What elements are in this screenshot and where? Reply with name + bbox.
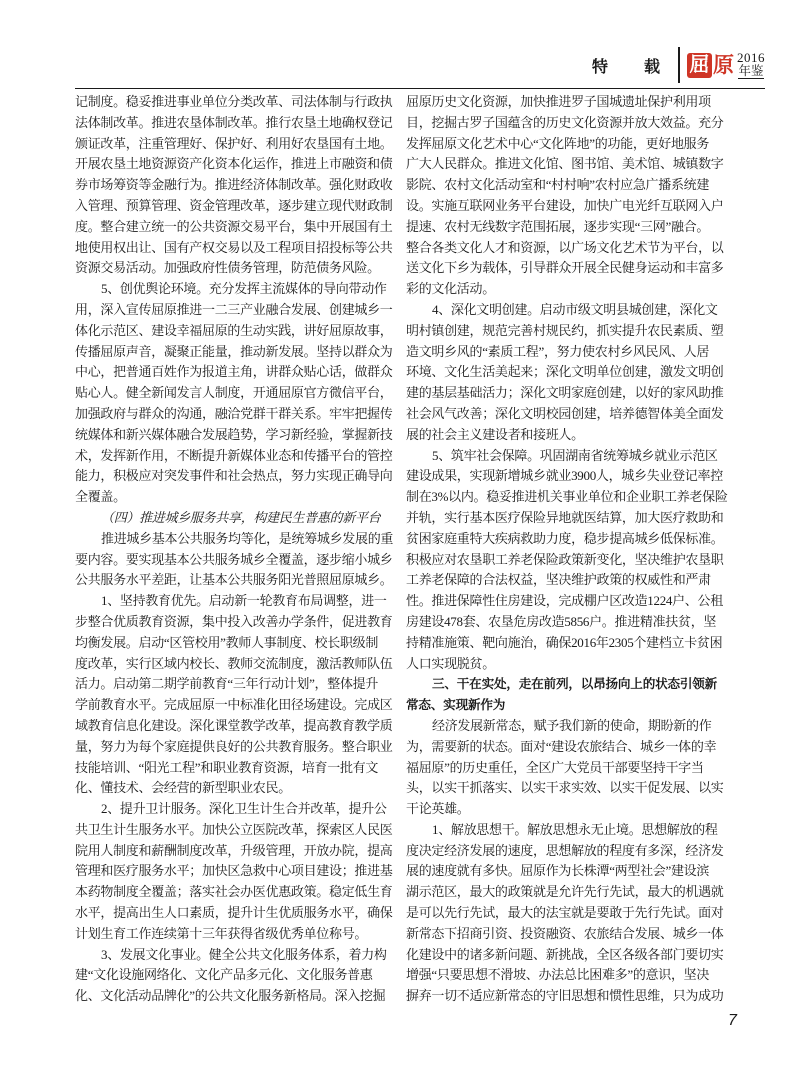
text-line: 发挥屈原文化艺术中心“文化阵地”的功能，更好地服务: [406, 134, 718, 155]
text-line: 并轨，实行基本医疗保险异地就医结算，加大医疗救助和: [406, 508, 718, 529]
text-line: 制在3%以内。稳妥推进机关事业单位和企业职工养老保险: [406, 487, 718, 508]
text-line: 1、解放思想干。解放思想永无止境。思想解放的程: [406, 820, 718, 841]
yearbook-logo: 屈 原 2016 年鉴: [687, 51, 765, 80]
text-line: 造文明乡风的“素质工程”，努力使农村乡风民风、人居: [406, 342, 718, 363]
text-line: 资源交易活动。加强政府性债务管理，防范债务风险。: [75, 258, 387, 279]
text-line: 记制度。稳妥推进事业单位分类改革、司法体制与行政执: [75, 92, 387, 113]
text-line: 工养老保障的合法权益，坚决维护政策的权威性和严肃: [406, 570, 718, 591]
text-line: 本药物制度全覆盖；落实社会办医优惠政策。稳定低生育: [75, 882, 387, 903]
text-line: 加强政府与群众的沟通，融洽党群干群关系。牢牢把握传: [75, 404, 387, 425]
text-line: 常态、实现新作为: [406, 695, 718, 716]
logo-block-char: 屈: [687, 53, 712, 78]
text-line: 化、懂技术、会经营的新型职业农民。: [75, 778, 387, 799]
text-line: 活力。启动第二期学前教育“三年行动计划”，整体提升: [75, 674, 387, 695]
text-line: 2、提升卫计服务。深化卫生计生合并改革，提升公: [75, 799, 387, 820]
text-line: 增强“只要思想不滑坡、办法总比困难多”的意识，坚决: [406, 965, 718, 986]
logo-year-title: 2016 年鉴: [737, 51, 765, 80]
text-line: 经济发展新常态，赋予我们新的使命，期盼新的作: [406, 716, 718, 737]
text-line: 展的社会主义建设者和接班人。: [406, 425, 718, 446]
text-line: 展的速度就有多快。屈原作为长株潭“两型社会”建设滨: [406, 861, 718, 882]
text-line: 域教育信息化建设。深化课堂教学改革，提高教育教学质: [75, 716, 387, 737]
text-line: 中心，把普通百姓作为报道主角，讲群众贴心话，做群众: [75, 362, 387, 383]
text-line: 均衡发展。启动“区管校用”教师人事制度、校长职级制: [75, 633, 387, 654]
text-line: 度。整合建立统一的公共资源交易平台，集中开展国有土: [75, 217, 387, 238]
text-line: 彩的文化活动。: [406, 279, 718, 300]
text-line: 送文化下乡为载体，引导群众开展全民健身运动和丰富多: [406, 258, 718, 279]
text-line: 度改革，实行区域内校长、教师交流制度，激活教师队伍: [75, 654, 387, 675]
text-line: 干论英雄。: [406, 799, 718, 820]
text-line: 建“文化设施网络化、文化产品多元化、文化服务普惠: [75, 965, 387, 986]
section-title: 特 载: [592, 54, 676, 77]
text-line: 建设成果，实现新增城乡就业3900人，城乡失业登记率控: [406, 466, 718, 487]
text-line: 开展农垦土地资源资产化资本化运作，推进上市融资和债: [75, 154, 387, 175]
text-line: 传播屈原声音，凝聚正能量，推动新发展。坚持以群众为: [75, 342, 387, 363]
text-line: 社会风气改善；深化文明校园创建，培养德智体美全面发: [406, 404, 718, 425]
text-line: 新常态下招商引资、投资融资、农旅结合发展、城乡一体: [406, 924, 718, 945]
text-line: 性。推进保障性住房建设，完成棚户区改造1224户、公租: [406, 591, 718, 612]
text-line: 5、筑牢社会保障。巩固湖南省统筹城乡就业示范区: [406, 446, 718, 467]
text-line: 券市场筹资等金融行为。推进经济体制改革。强化财政收: [75, 175, 387, 196]
text-line: 广大人民群众。推进文化馆、图书馆、美术馆、城镇数字: [406, 154, 718, 175]
text-line: 人口实现脱贫。: [406, 654, 718, 675]
yearbook-page: 特 载 屈 原 2016 年鉴 记制度。稳妥推进事业单位分类改革、司法体制与行政…: [0, 0, 793, 1077]
text-line: 整合各类文化人才和资源，以广场文化艺术节为平台，以: [406, 238, 718, 259]
text-line: （四）推进城乡服务共享，构建民生普惠的新平台: [75, 508, 387, 529]
text-line: 学前教育水平。完成屈原一中标准化田径场建设。完成区: [75, 695, 387, 716]
text-line: 提速、农村无线数字范围拓展，逐步实现“三网”融合。: [406, 217, 718, 238]
header-rule: [75, 88, 765, 89]
text-line: 水平，提高出生人口素质，提升计生优质服务水平，确保: [75, 903, 387, 924]
text-line: 5、创优舆论环境。充分发挥主流媒体的导向带动作: [75, 279, 387, 300]
text-line: 入管理、预算管理、资金管理改革，逐步建立现代财政制: [75, 196, 387, 217]
text-column-right: 屈原历史文化资源，加快推进罗子国城遗址保护利用项目，挖掘古罗子国蕴含的历史文化资…: [406, 92, 718, 1007]
text-line: 公共服务水平差距，让基本公共服务阳光普照屈原城乡。: [75, 570, 387, 591]
text-line: 术，发挥新作用，不断提升新媒体业态和传播平台的管控: [75, 446, 387, 467]
text-line: 环境、文化生活美起来；深化文明单位创建，激发文明创: [406, 362, 718, 383]
text-line: 度决定经济发展的速度，思想解放的程度有多深，经济发: [406, 841, 718, 862]
text-line: 量，努力为每个家庭提供良好的公共教育服务。整合职业: [75, 737, 387, 758]
text-line: 湖示范区，最大的政策就是允许先行先试，最大的机遇就: [406, 882, 718, 903]
text-line: 体化示范区、建设幸福屈原的生动实践，讲好屈原故事，: [75, 321, 387, 342]
text-line: 地使用权出让、国有产权交易以及工程项目招投标等公共: [75, 238, 387, 259]
text-line: 化、文化活动品牌化”的公共文化服务新格局。深入挖掘: [75, 986, 387, 1007]
text-line: 全覆盖。: [75, 487, 387, 508]
text-line: 屈原历史文化资源，加快推进罗子国城遗址保护利用项: [406, 92, 718, 113]
text-line: 福屈原”的历史重任，全区广大党员干部要坚持干字当: [406, 758, 718, 779]
text-line: 影院、农村文化活动室和“村村响”农村应急广播系统建: [406, 175, 718, 196]
text-line: 技能培训、“阳光工程”和职业教育资源，培育一批有文: [75, 758, 387, 779]
logo-red-char: 原: [713, 55, 734, 76]
text-line: 目，挖掘古罗子国蕴含的历史文化资源并放大效益。充分: [406, 113, 718, 134]
text-line: 持精准施策、靶向施治，确保2016年2305个建档立卡贫困: [406, 633, 718, 654]
text-line: 摒弃一切不适应新常态的守旧思想和惯性思维，只为成功: [406, 986, 718, 1007]
text-line: 步整合优质教育资源，集中投入改善办学条件，促进教育: [75, 612, 387, 633]
text-line: 1、坚持教育优先。启动新一轮教育布局调整，进一: [75, 591, 387, 612]
text-line: 三、干在实处，走在前列，以昂扬向上的状态引领新: [406, 674, 718, 695]
text-line: 头，以实干抓落实、以实干求实效、以实干促发展、以实: [406, 778, 718, 799]
text-line: 要内容。要实现基本公共服务城乡全覆盖，逐步缩小城乡: [75, 550, 387, 571]
text-line: 颁证改革，注重管理好、保护好、利用好农垦国有土地。: [75, 134, 387, 155]
text-line: 为，需要新的状态。面对“建设农旅结合、城乡一体的幸: [406, 737, 718, 758]
text-line: 3、发展文化事业。健全公共文化服务体系，着力构: [75, 945, 387, 966]
text-line: 用，深入宣传屈原推进一二三产业融合发展、创建城乡一: [75, 300, 387, 321]
page-number: 7: [728, 1012, 737, 1030]
page-header: 特 载 屈 原 2016 年鉴: [75, 44, 765, 86]
text-line: 化建设中的诸多新问题、新挑战，全区各级各部门要切实: [406, 945, 718, 966]
text-line: 设。实施互联网业务平台建设，加快广电光纤互联网入户: [406, 196, 718, 217]
text-line: 计划生育工作连续第十三年获得省级优秀单位称号。: [75, 924, 387, 945]
text-line: 是可以先行先试，最大的法宝就是要敢于先行先试。面对: [406, 903, 718, 924]
text-line: 积极应对农垦职工养老保险政策新变化，坚决维护农垦职: [406, 550, 718, 571]
text-line: 明村镇创建，规范完善村规民约，抓实提升农民素质、塑: [406, 321, 718, 342]
document-body: 记制度。稳妥推进事业单位分类改革、司法体制与行政执法体制改革。推进农垦体制改革。…: [75, 92, 718, 1007]
logo-book: 年鉴: [738, 65, 763, 80]
text-line: 管理和医疗服务水平；加快区急救中心项目建设；推进基: [75, 861, 387, 882]
text-line: 推进城乡基本公共服务均等化，是统筹城乡发展的重: [75, 529, 387, 550]
text-line: 4、深化文明创建。启动市级文明县城创建，深化文: [406, 300, 718, 321]
text-line: 统媒体和新兴媒体融合发展趋势，学习新经验，掌握新技: [75, 425, 387, 446]
logo-year: 2016: [737, 51, 765, 64]
text-line: 院用人制度和薪酬制度改革，升级管理，开放办院，提高: [75, 841, 387, 862]
header-divider: [678, 47, 680, 83]
text-column-left: 记制度。稳妥推进事业单位分类改革、司法体制与行政执法体制改革。推进农垦体制改革。…: [75, 92, 387, 1007]
text-line: 法体制改革。推进农垦体制改革。推行农垦土地确权登记: [75, 113, 387, 134]
text-line: 共卫生计生服务水平。加快公立医院改革，探索区人民医: [75, 820, 387, 841]
text-line: 建的基层基础活力；深化文明家庭创建，以好的家风助推: [406, 383, 718, 404]
text-line: 房建设478套、农垦危房改造5856户。推进精准扶贫，坚: [406, 612, 718, 633]
text-line: 贴心人。健全新闻发言人制度，开通屈原官方微信平台，: [75, 383, 387, 404]
text-line: 贫困家庭重特大疾病救助力度，稳步提高城乡低保标准。: [406, 529, 718, 550]
text-line: 能力，积极应对突发事件和社会热点，努力实现正确导向: [75, 466, 387, 487]
